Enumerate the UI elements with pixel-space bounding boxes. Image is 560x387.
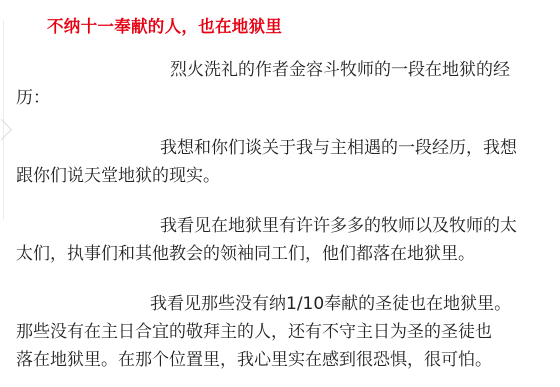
paragraph-line: 我看见那些没有纳1/10奉献的圣徒也在地狱里。 <box>16 290 551 318</box>
paragraph-line: 我看见在地狱里有许许多多的牧师以及牧师的太 <box>16 212 551 240</box>
paragraph-4: 我看见那些没有纳1/10奉献的圣徒也在地狱里。 那些没有在主日合宜的敬拜主的人，… <box>16 290 551 374</box>
paragraph-line: 烈火洗礼的作者金容斗牧师的一段在地狱的经 <box>16 56 551 84</box>
paragraph-line: 那些没有在主日合宜的敬拜主的人，还有不守主日为圣的圣徒也 <box>16 318 551 346</box>
paragraph-1: 烈火洗礼的作者金容斗牧师的一段在地狱的经 历： <box>16 56 551 112</box>
paragraph-line: 我想和你们谈关于我与主相遇的一段经历，我想 <box>16 134 551 162</box>
paragraph-line: 太们，执事们和其他教会的领袖同工们，他们都落在地狱里。 <box>16 240 551 268</box>
paragraph-3: 我看见在地狱里有许许多多的牧师以及牧师的太 太们，执事们和其他教会的领袖同工们，… <box>16 212 551 268</box>
paragraph-line: 落在地狱里。在那个位置里，我心里实在感到很恐惧，很可怕。 <box>16 346 551 374</box>
paragraph-line: 历： <box>16 84 551 112</box>
paragraph-2: 我想和你们谈关于我与主相遇的一段经历，我想 跟你们说天堂地狱的现实。 <box>16 134 551 190</box>
paragraph-line: 跟你们说天堂地狱的现实。 <box>16 162 551 190</box>
chevron-right-icon <box>0 119 12 140</box>
article-title: 不纳十一奉献的人，也在地狱里 <box>47 13 282 37</box>
